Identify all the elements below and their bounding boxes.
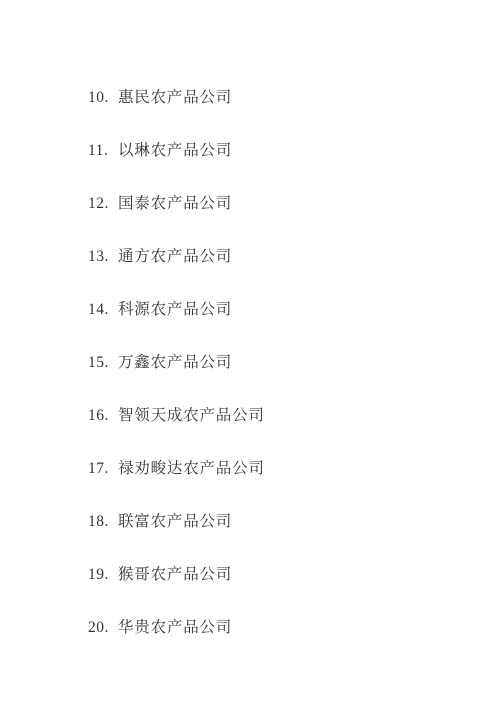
list-item: 13.通方农产品公司 (88, 249, 500, 265)
list-item: 10.惠民农产品公司 (88, 90, 500, 106)
list-item-number: 11. (88, 143, 118, 159)
company-name: 联富农产品公司 (118, 513, 232, 530)
document-page: 10.惠民农产品公司11.以琳农产品公司12.国泰农产品公司13.通方农产品公司… (0, 0, 500, 708)
company-name: 以琳农产品公司 (118, 142, 232, 159)
list-item: 20.华贵农产品公司 (88, 620, 500, 636)
list-item-number: 12. (88, 196, 118, 212)
list-item-number: 15. (88, 355, 118, 371)
company-name: 国泰农产品公司 (118, 195, 232, 212)
company-name: 猴哥农产品公司 (118, 566, 232, 583)
list-item: 18.联富农产品公司 (88, 514, 500, 530)
list-item-number: 17. (88, 461, 118, 477)
list-item-number: 19. (88, 567, 118, 583)
company-name: 万鑫农产品公司 (118, 354, 232, 371)
list-item: 15.万鑫农产品公司 (88, 355, 500, 371)
list-item-number: 10. (88, 90, 118, 106)
list-item: 11.以琳农产品公司 (88, 143, 500, 159)
list-item-number: 13. (88, 249, 118, 265)
company-list: 10.惠民农产品公司11.以琳农产品公司12.国泰农产品公司13.通方农产品公司… (0, 0, 500, 636)
list-item-number: 14. (88, 302, 118, 318)
list-item-number: 18. (88, 514, 118, 530)
list-item: 16.智领天成农产品公司 (88, 408, 500, 424)
company-name: 科源农产品公司 (118, 301, 232, 318)
list-item: 19.猴哥农产品公司 (88, 567, 500, 583)
list-item: 12.国泰农产品公司 (88, 196, 500, 212)
list-item: 14.科源农产品公司 (88, 302, 500, 318)
list-item: 17.禄劝畯达农产品公司 (88, 461, 500, 477)
company-name: 华贵农产品公司 (118, 619, 232, 636)
list-item-number: 20. (88, 620, 118, 636)
company-name: 禄劝畯达农产品公司 (118, 460, 265, 477)
company-name: 惠民农产品公司 (118, 89, 232, 106)
company-name: 通方农产品公司 (118, 248, 232, 265)
company-name: 智领天成农产品公司 (118, 407, 265, 424)
list-item-number: 16. (88, 408, 118, 424)
